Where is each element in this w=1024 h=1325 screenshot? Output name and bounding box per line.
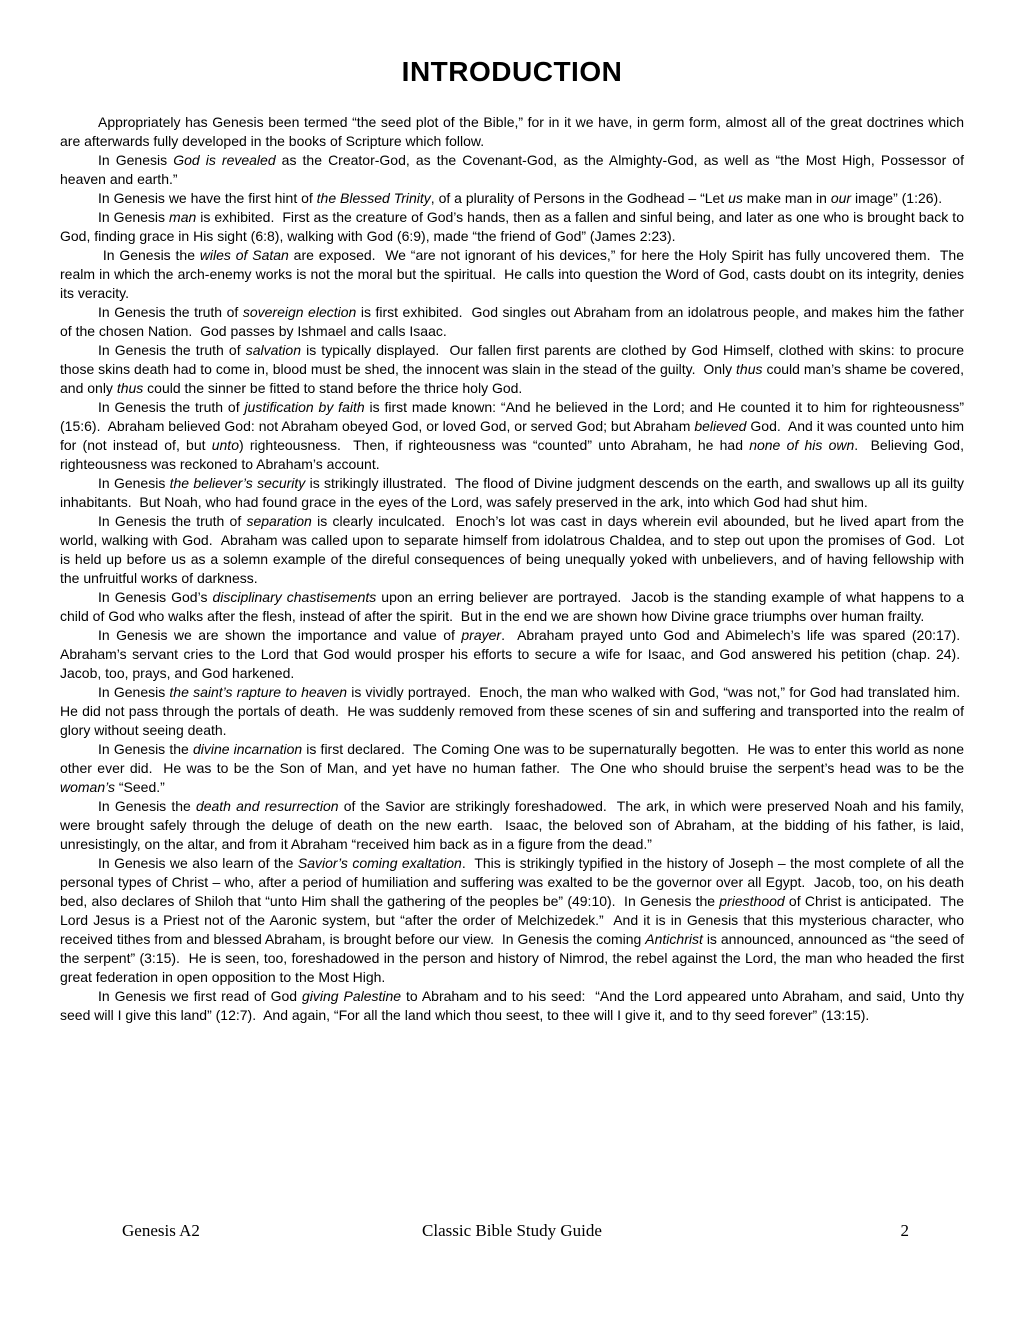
italic-run: the believer’s security: [170, 475, 306, 491]
italic-run: death and resurrection: [196, 798, 339, 814]
italic-run: prayer: [461, 627, 501, 643]
italic-run: priesthood: [719, 893, 784, 909]
italic-run: the Blessed Trinity: [317, 190, 431, 206]
text-run: image” (1:26).: [851, 190, 942, 206]
paragraph: In Genesis God’s disciplinary chastiseme…: [60, 588, 964, 626]
paragraph: In Genesis man is exhibited. First as th…: [60, 208, 964, 246]
paragraph: In Genesis we have the first hint of the…: [60, 189, 964, 208]
paragraph: In Genesis the wiles of Satan are expose…: [60, 246, 964, 303]
text-run: could the sinner be fitted to stand befo…: [143, 380, 522, 396]
text-run: In Genesis: [98, 684, 169, 700]
text-run: , of a plurality of Persons in the Godhe…: [431, 190, 728, 206]
italic-run: divine incarnation: [193, 741, 302, 757]
italic-run: Savior’s coming exaltation: [298, 855, 462, 871]
paragraph: In Genesis the divine incarnation is fir…: [60, 740, 964, 797]
text-run: In Genesis the: [98, 741, 193, 757]
footer-page-number: 2: [901, 1220, 910, 1242]
text-run: In Genesis God’s: [98, 589, 212, 605]
italic-run: the saint’s rapture to heaven: [169, 684, 347, 700]
italic-run: separation: [246, 513, 311, 529]
text-run: In Genesis the truth of: [98, 342, 246, 358]
italic-run: salvation: [246, 342, 301, 358]
page-title: INTRODUCTION: [0, 56, 1024, 88]
italic-run: wiles of Satan: [200, 247, 289, 263]
text-run: In Genesis we also learn of the: [98, 855, 298, 871]
paragraph: In Genesis the death and resurrection of…: [60, 797, 964, 854]
paragraph: In Genesis the truth of salvation is typ…: [60, 341, 964, 398]
footer-guide-title: Classic Bible Study Guide: [0, 1220, 1024, 1242]
italic-run: man: [169, 209, 196, 225]
text-run: In Genesis the truth of: [98, 513, 246, 529]
text-run: In Genesis: [98, 475, 170, 491]
text-run: In Genesis we are shown the importance a…: [98, 627, 461, 643]
text-run: is exhibited. First as the creature of G…: [60, 209, 964, 244]
paragraph: Appropriately has Genesis been termed “t…: [60, 113, 964, 151]
italic-run: God is revealed: [173, 152, 275, 168]
italic-run: thus: [736, 361, 762, 377]
italic-run: Antichrist: [645, 931, 703, 947]
italic-run: justification by faith: [244, 399, 364, 415]
italic-run: thus: [117, 380, 143, 396]
paragraph: In Genesis we are shown the importance a…: [60, 626, 964, 683]
text-run: In Genesis: [98, 209, 169, 225]
paragraph: In Genesis the truth of justification by…: [60, 398, 964, 474]
text-run: make man in: [743, 190, 831, 206]
text-run: In Genesis the truth of: [98, 399, 244, 415]
italic-run: none of his own: [749, 437, 854, 453]
italic-run: our: [831, 190, 851, 206]
text-run: ) righteousness. Then, if righteousness …: [239, 437, 749, 453]
text-run: Appropriately has Genesis been termed “t…: [60, 114, 964, 149]
paragraph: In Genesis we first read of God giving P…: [60, 987, 964, 1025]
paragraph: In Genesis the believer’s security is st…: [60, 474, 964, 512]
page-footer: Genesis A2 Classic Bible Study Guide 2: [0, 1220, 1024, 1242]
text-run: “Seed.”: [115, 779, 165, 795]
italic-run: unto: [212, 437, 239, 453]
paragraph: In Genesis we also learn of the Savior’s…: [60, 854, 964, 987]
italic-run: giving Palestine: [302, 988, 401, 1004]
text-run: In Genesis we have the first hint of: [98, 190, 317, 206]
text-run: In Genesis the truth of: [98, 304, 243, 320]
italic-run: believed: [694, 418, 746, 434]
paragraph: In Genesis the saint’s rapture to heaven…: [60, 683, 964, 740]
text-run: In Genesis the: [98, 798, 196, 814]
text-run: In Genesis the: [98, 247, 200, 263]
text-run: In Genesis: [98, 152, 173, 168]
text-run: In Genesis we first read of God: [98, 988, 302, 1004]
paragraph: In Genesis the truth of sovereign electi…: [60, 303, 964, 341]
paragraph: In Genesis the truth of separation is cl…: [60, 512, 964, 588]
document-page: INTRODUCTION Appropriately has Genesis b…: [0, 0, 1024, 1325]
paragraph: In Genesis God is revealed as the Creato…: [60, 151, 964, 189]
italic-run: us: [728, 190, 743, 206]
italic-run: sovereign election: [243, 304, 356, 320]
italic-run: disciplinary chastisements: [212, 589, 376, 605]
italic-run: woman’s: [60, 779, 115, 795]
document-body: Appropriately has Genesis been termed “t…: [60, 113, 964, 1025]
